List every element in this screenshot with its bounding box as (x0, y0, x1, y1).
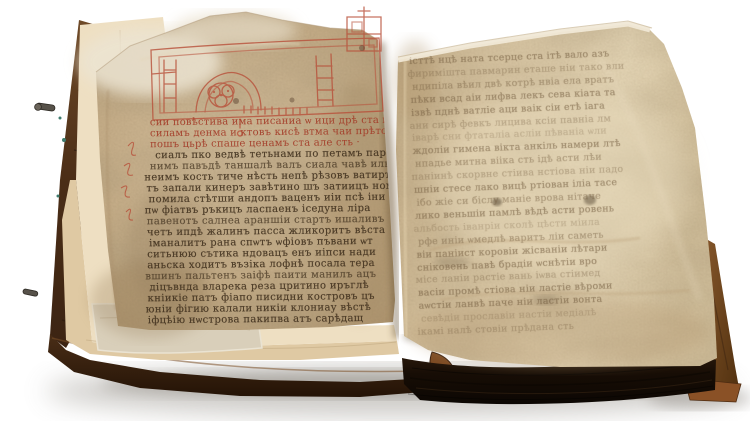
clasp-pin (35, 103, 56, 112)
book-illustration (0, 0, 750, 427)
left-parchment-page (78, 12, 398, 338)
right-parchment-page (393, 21, 717, 368)
clasp-pin-lower (23, 289, 39, 297)
manuscript-photo: сии повѣстива има писаниа ѡ ици дрѣ ста … (0, 0, 750, 427)
